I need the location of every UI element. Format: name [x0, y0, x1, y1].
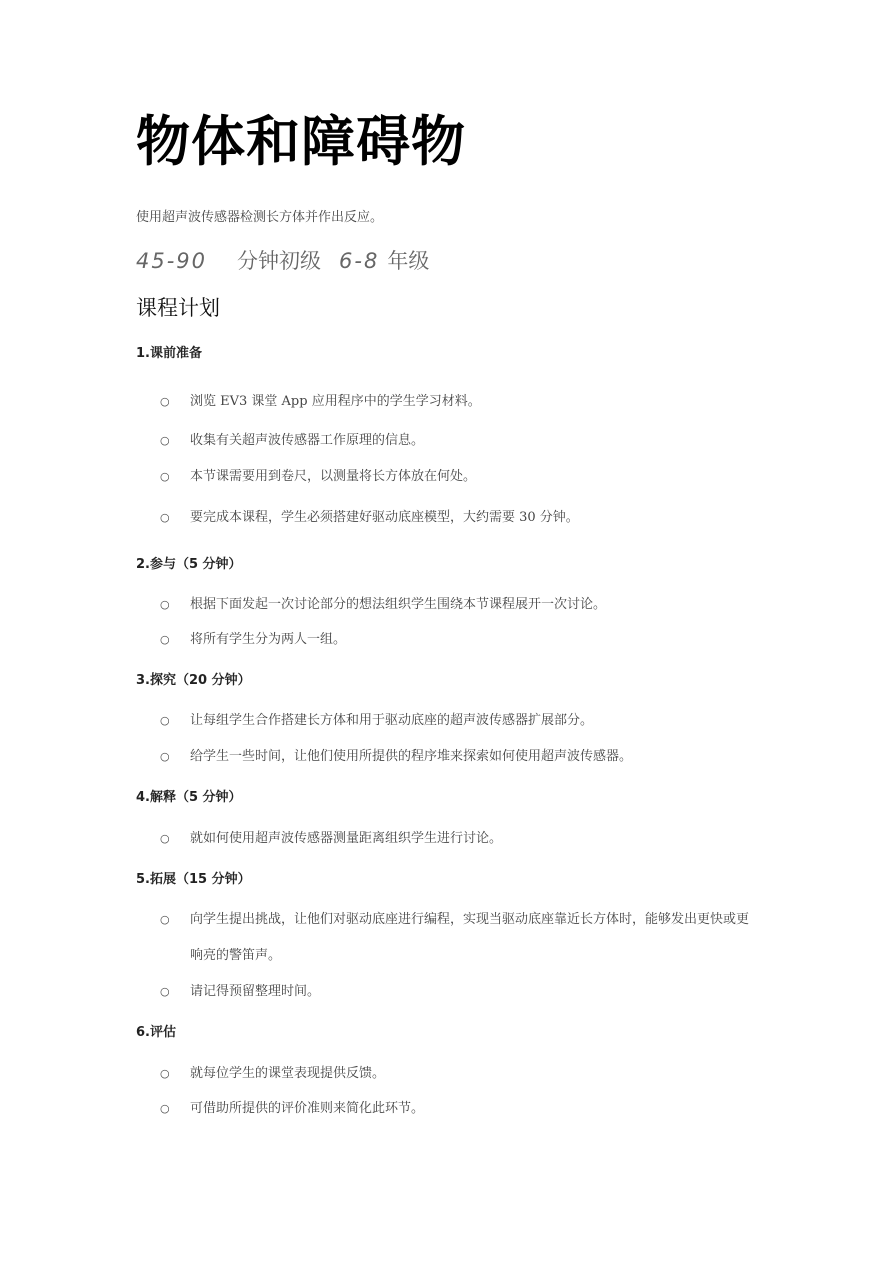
grade-range: 6-8	[339, 249, 379, 273]
list-item: ○ 收集有关超声波传感器工作原理的信息。	[160, 431, 760, 451]
section-heading-evaluate: 6.评估	[136, 1023, 176, 1043]
bullet-circle-icon: ○	[160, 1099, 170, 1119]
duration-unit-level: 分钟初级	[237, 249, 321, 273]
list-item: ○ 让每组学生合作搭建长方体和用于驱动底座的超声波传感器扩展部分。	[160, 711, 760, 731]
list-item: ○ 浏览 EV3 课堂 App 应用程序中的学生学习材料。	[160, 392, 760, 412]
list-item: ○ 就如何使用超声波传感器测量距离组织学生进行讨论。	[160, 829, 760, 849]
section-heading-preparation: 1.课前准备	[136, 344, 202, 364]
bullet-circle-icon: ○	[160, 595, 170, 615]
section-heading-explore: 3.探究（20 分钟）	[136, 671, 251, 691]
bullet-circle-icon: ○	[160, 1064, 170, 1084]
bullet-circle-icon: ○	[160, 630, 170, 650]
bullet-circle-icon: ○	[160, 467, 170, 487]
duration-value: 45-90	[136, 249, 207, 273]
list-item: ○ 向学生提出挑战，让他们对驱动底座进行编程，实现当驱动底座靠近长方体时，能够发…	[160, 910, 760, 974]
lesson-meta: 45-90分钟初级6-8年级	[136, 246, 429, 276]
page-subtitle: 使用超声波传感器检测长方体并作出反应。	[136, 208, 383, 228]
list-item: ○ 给学生一些时间，让他们使用所提供的程序堆来探索如何使用超声波传感器。	[160, 747, 760, 767]
list-item: ○ 要完成本课程，学生必须搭建好驱动底座模型，大约需要 30 分钟。	[160, 508, 760, 528]
page-title: 物体和障碍物	[136, 106, 466, 178]
list-item: ○ 请记得预留整理时间。	[160, 982, 760, 1002]
list-item: ○ 本节课需要用到卷尺，以测量将长方体放在何处。	[160, 467, 760, 487]
bullet-circle-icon: ○	[160, 508, 170, 528]
section-heading-elaborate: 5.拓展（15 分钟）	[136, 870, 251, 890]
list-item: ○ 就每位学生的课堂表现提供反馈。	[160, 1064, 760, 1084]
list-item: ○ 根据下面发起一次讨论部分的想法组织学生围绕本节课程展开一次讨论。	[160, 595, 760, 615]
bullet-circle-icon: ○	[160, 829, 170, 849]
lesson-plan-heading: 课程计划	[136, 293, 220, 323]
bullet-circle-icon: ○	[160, 392, 170, 412]
list-item: ○ 将所有学生分为两人一组。	[160, 630, 760, 650]
section-heading-engage: 2.参与（5 分钟）	[136, 555, 242, 575]
bullet-circle-icon: ○	[160, 910, 170, 930]
bullet-circle-icon: ○	[160, 431, 170, 451]
grade-unit: 年级	[387, 249, 429, 273]
bullet-circle-icon: ○	[160, 747, 170, 767]
section-heading-explain: 4.解释（5 分钟）	[136, 788, 242, 808]
bullet-circle-icon: ○	[160, 982, 170, 1002]
bullet-circle-icon: ○	[160, 711, 170, 731]
list-item: ○ 可借助所提供的评价准则来简化此环节。	[160, 1099, 760, 1119]
